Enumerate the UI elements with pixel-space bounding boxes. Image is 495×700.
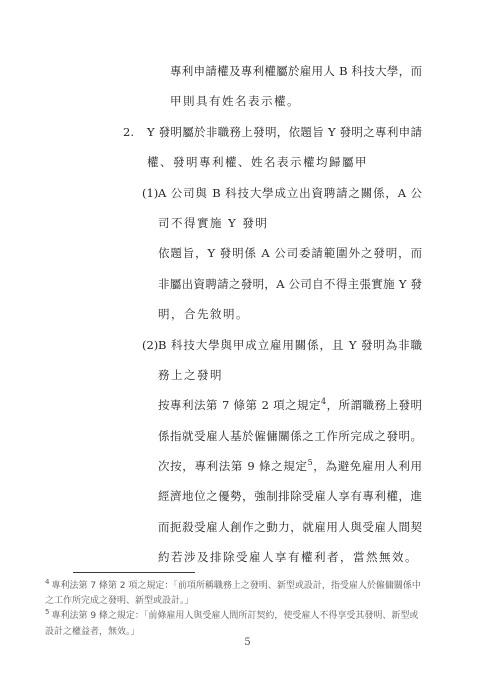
body-line-text: 明，合先敘明。 xyxy=(158,307,249,321)
body-text: 專利申請權及專利權屬於雇用人 B 科技大學，而 甲則具有姓名表示權。 2. Y … xyxy=(0,56,495,573)
body-line-text: 權、發明專利權、姓名表示權均歸屬甲 xyxy=(147,155,368,169)
body-line: 次按，專利法第 9 條之規定5，為避免雇用人利用 xyxy=(0,451,495,481)
footnote-separator xyxy=(73,572,195,573)
footnotes: 4專利法第 7 條第 2 項之規定：「前項所稱職務上之發明、新型或設計，指受雇人… xyxy=(45,579,475,640)
body-line-text: 依題旨，Y 發明係 A 公司委請範圍外之發明，而 xyxy=(158,246,422,260)
document-page: 專利申請權及專利權屬於雇用人 B 科技大學，而 甲則具有姓名表示權。 2. Y … xyxy=(0,0,495,700)
page-number: 5 xyxy=(0,637,495,648)
body-line-text: B 科技大學與甲成立雇用關係，且 Y 發明為非職 xyxy=(158,338,422,352)
body-line-text: 係指就受雇人基於僱傭關係之工作所完成之發明。 xyxy=(158,429,422,443)
body-line: 甲則具有姓名表示權。 xyxy=(0,86,495,116)
body-line: 按專利法第 7 條第 2 項之規定4，所謂職務上發明 xyxy=(0,390,495,420)
body-line-text: 司不得實施 Y 發明 xyxy=(158,216,268,230)
body-line-text: 務上之發明 xyxy=(158,368,223,382)
body-line: 專利申請權及專利權屬於雇用人 B 科技大學，而 xyxy=(0,56,495,86)
body-line: 司不得實施 Y 發明 xyxy=(0,208,495,238)
footnote-4-text: 專利法第 7 條第 2 項之規定：「前項所稱職務上之發明、新型或設計，指受雇人於… xyxy=(51,581,420,591)
body-line-text: A 公司與 B 科技大學成立出資聘請之關係，A 公 xyxy=(158,186,422,200)
sub-item-1-marker: (1) xyxy=(142,178,158,208)
footnote-5-marker: 5 xyxy=(45,609,49,616)
body-line: 而扼殺受雇人創作之動力，就雇用人與受雇人間契 xyxy=(0,512,495,542)
item-2-marker: 2. xyxy=(123,117,134,147)
body-line: 務上之發明 xyxy=(0,360,495,390)
footnote-5-text: 專利法第 9 條之規定：「前條雇用人與受雇人間所訂契約，使受雇人不得享受其發明、… xyxy=(51,611,418,621)
body-line-text: ，所謂職務上發明 xyxy=(326,398,422,412)
body-line: 約若涉及排除受雇人享有權利者，當然無效。 xyxy=(0,542,495,572)
footnote-5-text: 設計之權益者，無效。」 xyxy=(45,627,140,637)
body-line-text: ，為避免雇用人利用 xyxy=(313,459,422,473)
sub-item-2-marker: (2) xyxy=(142,330,158,360)
footnote-4: 4專利法第 7 條第 2 項之規定：「前項所稱職務上之發明、新型或設計，指受雇人… xyxy=(45,579,475,594)
body-line: 權、發明專利權、姓名表示權均歸屬甲 xyxy=(0,147,495,177)
body-line-text: 經濟地位之優勢，強制排除受雇人享有專利權，進 xyxy=(158,489,422,503)
body-line: 2. Y 發明屬於非職務上發明，依題旨 Y 發明之專利申請 xyxy=(0,117,495,147)
footnote-4-continuation: 之工作所完成之發明、新型或設計。」 xyxy=(45,594,475,609)
body-line: (1) A 公司與 B 科技大學成立出資聘請之關係，A 公 xyxy=(0,178,495,208)
body-line: 係指就受雇人基於僱傭關係之工作所完成之發明。 xyxy=(0,421,495,451)
body-line-text: Y 發明屬於非職務上發明，依題旨 Y 發明之專利申請 xyxy=(147,125,422,139)
body-line-text: 非屬出資聘請之發明，A 公司自不得主張實施 Y 發 xyxy=(158,277,422,291)
footnote-4-marker: 4 xyxy=(45,579,49,586)
body-line: (2) B 科技大學與甲成立雇用關係，且 Y 發明為非職 xyxy=(0,330,495,360)
body-line-text: 而扼殺受雇人創作之動力，就雇用人與受雇人間契 xyxy=(158,520,422,534)
body-line: 非屬出資聘請之發明，A 公司自不得主張實施 Y 發 xyxy=(0,269,495,299)
body-line: 依題旨，Y 發明係 A 公司委請範圍外之發明，而 xyxy=(0,238,495,268)
body-line-text: 按專利法第 7 條第 2 項之規定 xyxy=(158,398,321,412)
body-line-text: 次按，專利法第 9 條之規定 xyxy=(158,459,308,473)
footnote-5: 5專利法第 9 條之規定：「前條雇用人與受雇人間所訂契約，使受雇人不得享受其發明… xyxy=(45,609,475,624)
body-line-text: 約若涉及排除受雇人享有權利者，當然無效。 xyxy=(158,550,418,564)
body-line-text: 專利申請權及專利權屬於雇用人 B 科技大學，而 xyxy=(170,64,422,78)
body-line: 經濟地位之優勢，強制排除受雇人享有專利權，進 xyxy=(0,481,495,511)
body-line: 明，合先敘明。 xyxy=(0,299,495,329)
footnote-4-text: 之工作所完成之發明、新型或設計。」 xyxy=(45,596,194,606)
body-line-text: 甲則具有姓名表示權。 xyxy=(170,94,300,108)
